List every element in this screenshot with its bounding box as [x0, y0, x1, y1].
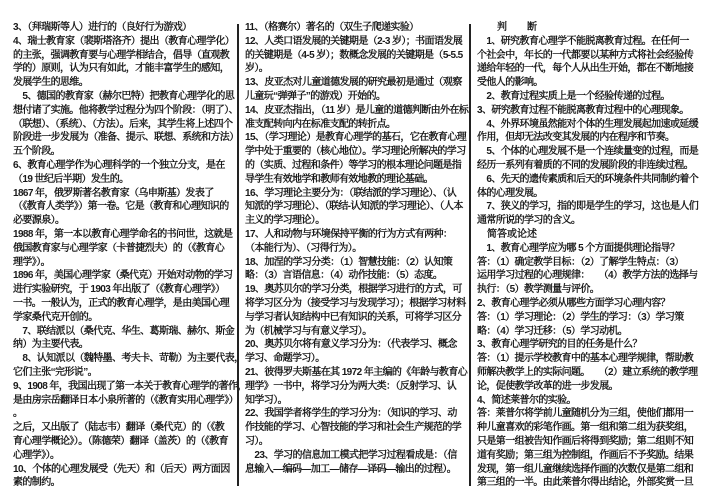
text-line: 论，促使教学改革的进一步发展。	[477, 380, 705, 394]
column-right: 判 断 1、研究教育心理学不能脱离教育过程。在任何一个社会中，年长的一代都要以某…	[477, 21, 705, 490]
text-line: 理学》）。	[13, 256, 237, 270]
text-line: 的主张，强调教育要与心理学相结合，倡导（直观教	[13, 49, 237, 63]
text-line: 心理学》）。	[13, 449, 237, 463]
text-line: 递给年轻的一代，每个人从出生开始，都在不断地接	[477, 62, 705, 76]
text-line: 14、皮亚杰指出，（11 岁）是儿童的道德判断由外在标	[245, 104, 469, 118]
text-line: 答：（1）确定教学目标：（2）了解学生特点：（3）	[477, 256, 705, 270]
text-line: 个社会中，年长的一代都要以某种方式将社会经验传	[477, 49, 705, 63]
text-line: 8、认知派以（魏特墨、考夫卡、苛勒）为主要代表，	[13, 352, 237, 366]
text-line: 4、外界环境虽然能对个体的生理发展起加速或延缓	[477, 118, 705, 132]
text-line: 22、我国学者将学生的学习分为：（知识的学习、动	[245, 407, 469, 421]
text-line: 6、先天的遗传素质和后天的环境条件共同制约着个	[477, 173, 705, 187]
text-line: 1896 年，美国心理学家（桑代克）开始对动物的学习	[13, 269, 237, 283]
text-line: 7、狭义的学习，指的即是学生的学习，这也是人们	[477, 200, 705, 214]
text-line: 10、个体的心理发展受（先天）和（后天）两方面因	[13, 463, 237, 477]
text-line: 素的制约。	[13, 476, 237, 490]
text-line: 经历一系列有着质的不同的发展阶段的非连续过程。	[477, 159, 705, 173]
section-heading: 判 断	[477, 21, 705, 35]
text-line: 五个阶段。	[13, 145, 237, 159]
text-line: 学习、命题学习）。	[245, 352, 469, 366]
text-line: 1867 年，俄罗斯著名教育家（乌申斯基）发表了	[13, 187, 237, 201]
text-line: 16、学习理论主要分为：（联结派的学习理论）、（认	[245, 187, 469, 201]
text-line: 体的心理发展。	[477, 187, 705, 201]
text-line: 7、联结派以（桑代克、华生、葛斯瑞、赫尔、斯金	[13, 325, 237, 339]
text-line: 主义的学习理论）。	[245, 214, 469, 228]
text-line: 息输入—编码—加工—储存—译码—输出的过程）。	[245, 463, 469, 477]
text-line: 是由房宗岳翻译日本小泉所著的（《教育实用心理学》）	[13, 394, 237, 408]
text-line: 略：（3）言语信息：（4）动作技能：（5）态度。	[245, 269, 469, 283]
text-line: 受他人的影响。	[477, 76, 705, 90]
text-line: 纳）为主要代表。	[13, 338, 237, 352]
text-line: 准支配转向内在标准支配的转折点。	[245, 118, 469, 132]
section-heading: 简答或论述	[477, 228, 705, 242]
text-line: 作技能的学习、心智技能的学习和社会生产规范的学	[245, 421, 469, 435]
column-left: 3、（拜瑞斯等人）进行的（良好行为游戏）4、瑞士教育家（裴斯塔洛齐）提出（教育心…	[13, 21, 237, 490]
text-line: 理学》一书中，将学习分为两大类：（反射学习、认	[245, 380, 469, 394]
text-line: 之后，又出版了（陆志韦）翻译（桑代克）的（《教	[13, 421, 237, 435]
text-line: 发现，第一组儿童继续选择作画的次数仅是第二组和	[477, 463, 705, 477]
column-middle: 11、（格赛尔）著名的（双生子爬递实验）12、人类口语发展的关键期是（2-3 岁…	[245, 21, 469, 476]
text-line: 儿童玩“弹弹子”的游戏）开始的。	[245, 90, 469, 104]
text-line: 12、人类口语发展的关键期是（2-3 岁）；书面语发展	[245, 35, 469, 49]
text-line: 3、教育心理学研究的目的任务是什么？	[477, 338, 705, 352]
text-line: 的（实质、过程和条件）等学习的根本理论问题是指	[245, 159, 469, 173]
text-line: 19、奥苏贝尔的学习分类，根据学习进行的方式，可	[245, 283, 469, 297]
text-line: 5、德国的教育家（赫尔巴特）把教育心理学化的思	[13, 90, 237, 104]
text-line: 3、研究教育过程不能脱离教育过程中的心理现象。	[477, 104, 705, 118]
column-divider-right	[469, 24, 471, 486]
text-line: 23、学习的信息加工模式把学习过程看成是：（信	[245, 449, 469, 463]
text-line: 将学习区分为（接受学习与发现学习）；根据学习材料	[245, 297, 469, 311]
text-line: 发展学生的思维。	[13, 76, 237, 90]
text-line: 答：莱普尔将学前儿童随机分为三组，使他们都用一	[477, 407, 705, 421]
text-line: 。	[13, 407, 237, 421]
text-line: 1、教育心理学应为哪 5 个方面提供理论指导？	[477, 242, 705, 256]
text-line: 15、（学习理论）是教育心理学的基石，它在教育心理	[245, 131, 469, 145]
text-line: 17、人和动物与环境保持平衡的行为方式有两种：	[245, 228, 469, 242]
text-line: 作用，但却无法改变其发展的内在程序和节奏。	[477, 131, 705, 145]
text-line: 运用学习过程的心理规律： （4）教学方法的选择与	[477, 269, 705, 283]
text-line: 略：（4）学习迁移：（5）学习动机。	[477, 325, 705, 339]
column-divider-left	[237, 24, 239, 486]
text-line: 通常所说的学习的含义。	[477, 214, 705, 228]
text-line: 进行实验研究，于 1903 年出版了（《教育心理学》）	[13, 283, 237, 297]
text-line: 学家桑代克开创的。	[13, 311, 237, 325]
text-line: 学的）原则，认为只有如此，才能丰富学生的感知，	[13, 62, 237, 76]
document-page: 3、（拜瑞斯等人）进行的（良好行为游戏）4、瑞士教育家（裴斯塔洛齐）提出（教育心…	[0, 0, 707, 500]
text-line: （19 世纪后半期）发生的。	[13, 173, 237, 187]
text-line: 的关键期是（4-5 岁）；数概念发展的关键期是（5-5.5	[245, 49, 469, 63]
text-line: 为（机械学习与有意义学习）。	[245, 325, 469, 339]
text-line: 种儿童喜欢的彩笔作画。第一组和第二组为获奖组，	[477, 421, 705, 435]
text-line: 学中处于重要的（核心地位）。学习理论所解决的学习	[245, 145, 469, 159]
text-line: 5、个体的心理发展不是一个连续量变的过程，而是	[477, 145, 705, 159]
text-line: （本能行为）、（习得行为）。	[245, 242, 469, 256]
text-line: 只是第一组被告知作画后将得到奖励；第二组则不知	[477, 435, 705, 449]
text-line: 师解决教学上的实际问题。 （2）建立系统的教学理	[477, 366, 705, 380]
text-line: 必要源泉）。	[13, 214, 237, 228]
text-line: 育心理学概论》）。（陈德荣）翻译（盖茨）的（《教育	[13, 435, 237, 449]
text-line: 道有奖励；第三组为控制组，作画后不予奖励。结果	[477, 449, 705, 463]
text-line: 4、简述莱普尔的实验。	[477, 394, 705, 408]
text-line: 13、皮亚杰对儿童道德发展的研究最初是通过（观察	[245, 76, 469, 90]
text-line: 与学习者认知结构中已有知识的关系，可将学习区分	[245, 311, 469, 325]
text-line: 一书。一般认为，正式的教育心理学，是由美国心理	[13, 297, 237, 311]
text-line: 想付诸了实施。他将教学过程分为四个阶段：（明了）、	[13, 104, 237, 118]
text-line: 2、教育过程实质上是一个经验传递的过程。	[477, 90, 705, 104]
text-line: 18、加涅的学习分类：（1）智慧技能：（2）认知策	[245, 256, 469, 270]
text-line: 俄国教育家与心理学家（卡普捷烈夫）的（《教育心	[13, 242, 237, 256]
text-line: 3、（拜瑞斯等人）进行的（良好行为游戏）	[13, 21, 237, 35]
text-line: （《教育人类学》）第一卷。它是（教育和心理知识的	[13, 200, 237, 214]
text-line: 2、教育心理学必须从哪些方面学习心理内容？	[477, 297, 705, 311]
text-line: 知派的学习理论）、（联结-认知派的学习理论）、（人本	[245, 200, 469, 214]
text-line: 20、奥苏贝尔将有意义学习分为：（代表学习、概念	[245, 338, 469, 352]
text-line: 阶段进一步发展为（准备、提示、联想、系统和方法）	[13, 131, 237, 145]
text-line: 导学生有效地学和教师有效地教的理论基础。	[245, 173, 469, 187]
text-line: （联想）、（系统）、（方法）。后来，其学生将上述四个	[13, 118, 237, 132]
text-line: 4、瑞士教育家（裴斯塔洛齐）提出（教育心理学化）	[13, 35, 237, 49]
text-line: 6、教育心理学作为心理科学的一个独立分支，是在	[13, 159, 237, 173]
text-line: 它们主张“完形说”。	[13, 366, 237, 380]
text-line: 执行：（5）教学测量与评价。	[477, 283, 705, 297]
text-line: 11、（格赛尔）著名的（双生子爬递实验）	[245, 21, 469, 35]
text-line: 1、研究教育心理学不能脱离教育过程。在任何一	[477, 35, 705, 49]
text-line: 21、彼得罗夫斯基在其 1972 年主编的《年龄与教育心	[245, 366, 469, 380]
text-line: 9、1908 年，我国出现了第一本关于教育心理学的著作，	[13, 380, 237, 394]
text-line: 第三组的一半。由此莱普尔得出结论，外部奖赏一旦	[477, 476, 705, 490]
text-line: 知学习）。	[245, 394, 469, 408]
text-line: 答：（1）提示学校教育中的基本心理学规律，帮助教	[477, 352, 705, 366]
text-line: 答：（1）学习理论：（2）学生的学习：（3）学习策	[477, 311, 705, 325]
text-line: 岁）。	[245, 62, 469, 76]
text-line: 习）。	[245, 435, 469, 449]
text-line: 1988 年，第一本以教育心理学命名的书问世，这就是	[13, 228, 237, 242]
